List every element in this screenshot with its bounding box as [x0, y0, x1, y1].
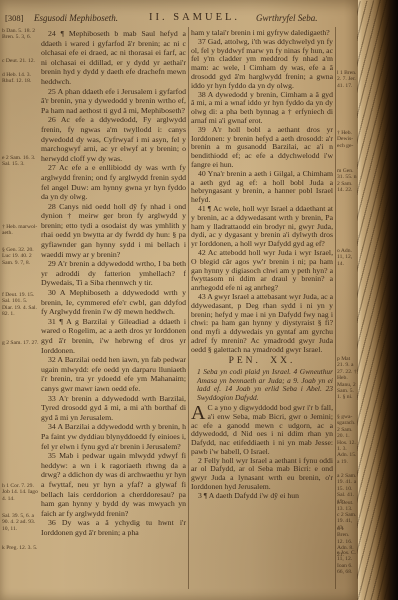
column-rule — [188, 27, 189, 589]
left-margin-notes: b Dan. 5. 18. 2 Bren. 5. 3, 6. c Deut. 2… — [2, 0, 39, 600]
chapter-summary: 1 Seba yn codi plaid yn Israel. 4 Gwneut… — [197, 368, 333, 402]
verse-paragraph: 35 Mab i pedwar ugain mlwydd ydwyf fi he… — [41, 451, 186, 518]
margin-note: f Deut. 19. 15. Sal. 101. 5. Diar. 19. 4… — [2, 292, 39, 318]
verse-paragraph: 27 Ac efe a e enllibiodd dy was wrth fy … — [41, 163, 186, 201]
margin-note: b Deut. 13. 13. — [337, 500, 357, 513]
margin-note: e 2 Sam. 16. 3. Sal. 15. 3. — [2, 155, 39, 168]
facing-page-blurred-text — [357, 0, 398, 600]
verse-paragraph: 26 Ac efe a ddywedodd, Fy arglwydd freni… — [41, 115, 186, 163]
verse-paragraph: 28 Canys nid oedd holl dŷ fy nhad i ond … — [41, 202, 186, 260]
verse-paragraph: 33 A'r brenin a ddywedodd wrth Barzilai,… — [41, 394, 186, 423]
verse-paragraph: 43 A gwyr Israel a attebasant wyr Juda, … — [191, 293, 333, 355]
margin-note: § gwa- sgarach. 2 Sam. 20. 1. Hos. 12. 1… — [337, 414, 357, 465]
verse-paragraph: 29 A'r brenin a ddywedodd wrtho, I ba be… — [41, 259, 186, 288]
margin-note: b Dan. 5. 18. 2 Bren. 5. 3, 6. — [2, 28, 39, 41]
margin-note: c Deut. 21. 12. — [2, 58, 39, 64]
bible-page: [308] Esgusodi Mephiboseth. II. SAMUEL. … — [0, 0, 358, 600]
margin-note: § Gen. 32. 20. Luc 19. 40. 2 Sam. 9. 7, … — [2, 247, 39, 266]
verse-paragraph: 38 A dywedodd y brenin, Cimham a â gyd â… — [191, 91, 333, 126]
verse-paragraph: 25 A phan ddaeth efe i Jerusalem i gyfar… — [41, 87, 186, 116]
verse-paragraph: 2 Felly holl wyr Israel a aethant i fynu… — [191, 457, 333, 492]
margin-note: g 2 Sam. 17. 27. — [2, 340, 39, 346]
margin-note: Sal. 39. 5, 6. a 90. 4. 2 ad. 93. 10, 11… — [2, 513, 39, 532]
margin-note: p Mat 21. 9. a 27. 22. † Heb. Manu, 2 Sa… — [337, 356, 357, 401]
facing-page-edge — [358, 0, 398, 600]
verse-paragraph: 36 Dy was a â ychydig tu hwnt i'r Iorddo… — [41, 518, 186, 537]
gutter-margin-notes: l 1 Bren. 2. 7. Jer. 41. 17. † Heb. Dewi… — [337, 0, 357, 600]
margin-note: d Heb. 14. 3. Rhuf. 12. 18. — [2, 72, 39, 85]
verse-paragraph: 40 Yna'r brenin a aeth i Gilgal, a Chimh… — [191, 170, 333, 205]
verse-paragraph: 3 ¶ A daeth Dafydd i'w dŷ ei hun — [191, 492, 333, 501]
right-text-column: ham y talai'r brenin i mi gyfryw daledig… — [191, 29, 333, 589]
chapter-heading: PEN. XX. — [191, 357, 333, 366]
verse-paragraph: AC a yno y digwyddodd bod gwr i'r b fall… — [191, 404, 333, 457]
margin-note: h 1 Cor. 7. 29. Job 14. 14. Iago 4. 14. — [2, 483, 39, 502]
margin-note: m Gen. 31. 55. n 2 Sam. 14. 22. — [337, 168, 357, 194]
book-photo: [308] Esgusodi Mephiboseth. II. SAMUEL. … — [0, 0, 398, 600]
running-title-right: Gwrthryfel Seba. — [256, 13, 318, 23]
verse-paragraph: 37 Gad, attolwg, i'th was ddychwelyd yn … — [191, 38, 333, 91]
left-text-column: 24 ¶ Mephiboseth b mab Saul hefyd a ddae… — [41, 29, 186, 589]
margin-note: † Heb. marwol- aeth. — [2, 224, 39, 237]
verse-paragraph: 31 ¶ A g Barzilai y Gileadiad a ddaeth i… — [41, 317, 186, 355]
book-title: II. SAMUEL. — [149, 12, 240, 23]
verse-paragraph: 42 Ac attebodd holl wyr Juda i wyr Israe… — [191, 249, 333, 293]
margin-note: l 1 Bren. 2. 7. Jer. 41. 17. — [337, 70, 357, 89]
running-title-left: Esgusodi Mephiboseth. — [34, 13, 118, 23]
verse-paragraph: 34 A Barzilai a ddywedodd wrth y brenin,… — [41, 422, 186, 451]
verse-paragraph: 24 ¶ Mephiboseth b mab Saul hefyd a ddae… — [41, 29, 186, 87]
margin-note: k Preg. 12. 3. 5. — [2, 545, 39, 551]
verse-paragraph: 30 A Mephiboseth a ddywedodd wrth y bren… — [41, 288, 186, 317]
verse-paragraph: 41 ¶ Ac wele, holl wyr Israel a ddaethan… — [191, 205, 333, 249]
verse-paragraph: 39 A'r holl bobl a aethant dros yr Iordd… — [191, 126, 333, 170]
verse-paragraph: 32 A Barzilai oedd hen iawn, yn fab pedw… — [41, 355, 186, 393]
column-rule — [335, 27, 336, 589]
margin-note: † Heb. Dewis- ech ge- — [337, 130, 357, 149]
margin-note: o Adn. 11, 12, 14. — [337, 248, 357, 267]
margin-note: e Jos. C. 11, 12. Ioan 6. 66, 68. — [337, 550, 357, 576]
